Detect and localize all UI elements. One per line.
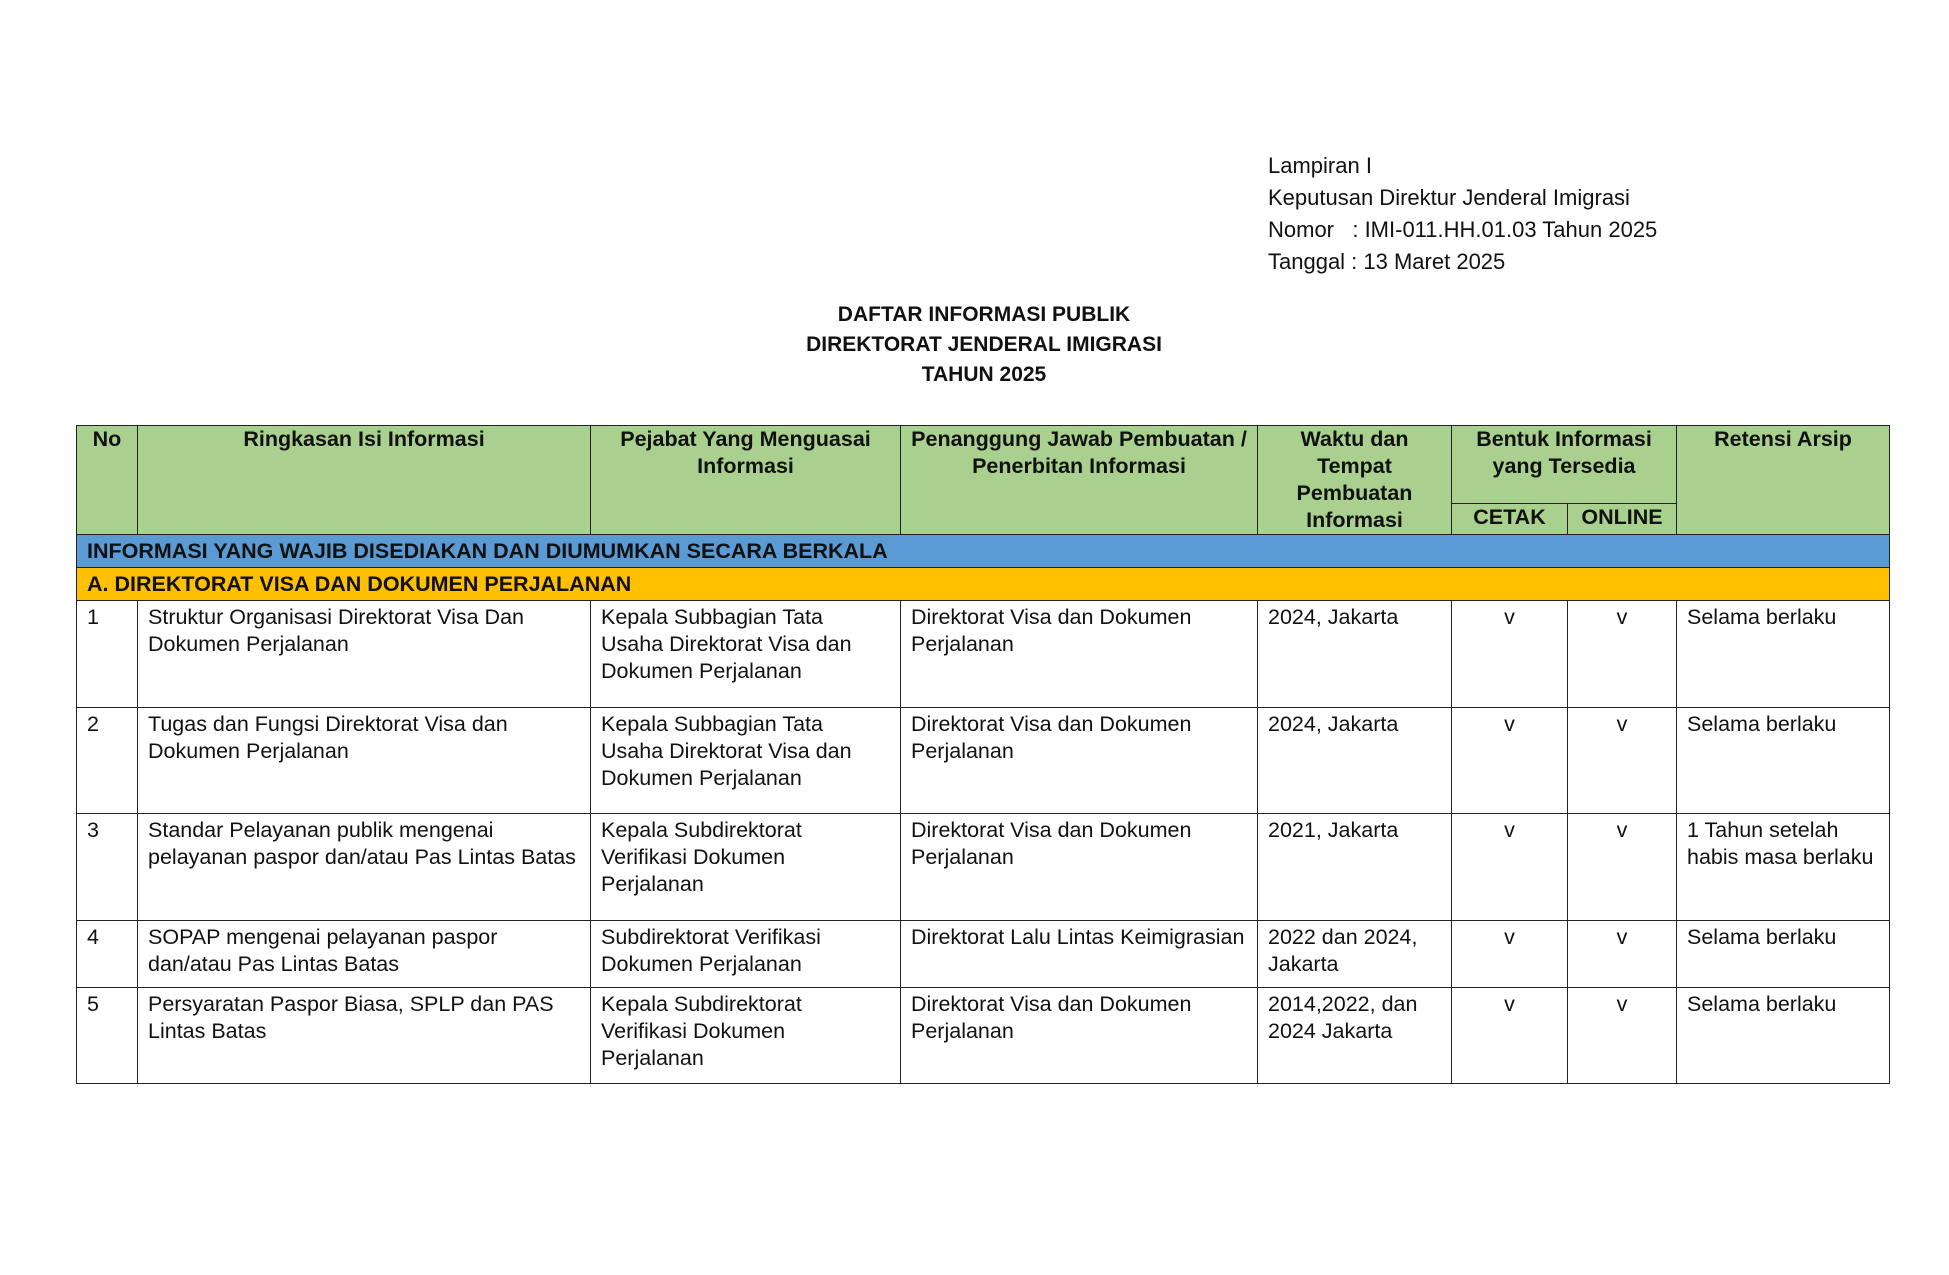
keputusan-label: Keputusan Direktur Jenderal Imigrasi	[1268, 182, 1657, 214]
cell-no: 2	[77, 708, 138, 814]
cell-ringkasan: SOPAP mengenai pelayanan paspor dan/atau…	[138, 921, 591, 988]
section-row-direktorat-visa: A. DIREKTORAT VISA DAN DOKUMEN PERJALANA…	[77, 568, 1890, 601]
section-title-berkala: INFORMASI YANG WAJIB DISEDIAKAN DAN DIUM…	[77, 535, 1890, 568]
information-table: No Ringkasan Isi Informasi Pejabat Yang …	[76, 425, 1890, 1084]
nomor-label: Nomor : IMI-011.HH.01.03 Tahun 2025	[1268, 214, 1657, 246]
table-row: 4SOPAP mengenai pelayanan paspor dan/ata…	[77, 921, 1890, 988]
cell-online: v	[1568, 988, 1677, 1084]
document-title: DAFTAR INFORMASI PUBLIK DIREKTORAT JENDE…	[0, 300, 1949, 390]
section-title-direktorat-visa: A. DIREKTORAT VISA DAN DOKUMEN PERJALANA…	[77, 568, 1890, 601]
header-penanggung: Penanggung Jawab Pembuatan / Penerbitan …	[901, 426, 1258, 535]
cell-retensi: Selama berlaku	[1677, 988, 1890, 1084]
cell-waktu: 2014,2022, dan 2024 Jakarta	[1258, 988, 1452, 1084]
cell-retensi: Selama berlaku	[1677, 921, 1890, 988]
cell-cetak: v	[1452, 601, 1568, 708]
cell-ringkasan: Struktur Organisasi Direktorat Visa Dan …	[138, 601, 591, 708]
cell-penanggung: Direktorat Visa dan Dokumen Perjalanan	[901, 708, 1258, 814]
cell-penanggung: Direktorat Visa dan Dokumen Perjalanan	[901, 988, 1258, 1084]
cell-penanggung: Direktorat Visa dan Dokumen Perjalanan	[901, 601, 1258, 708]
table-row: 5Persyaratan Paspor Biasa, SPLP dan PAS …	[77, 988, 1890, 1084]
cell-waktu: 2022 dan 2024, Jakarta	[1258, 921, 1452, 988]
cell-ringkasan: Persyaratan Paspor Biasa, SPLP dan PAS L…	[138, 988, 591, 1084]
cell-cetak: v	[1452, 708, 1568, 814]
title-line-2: DIREKTORAT JENDERAL IMIGRASI	[0, 330, 1949, 360]
header-ringkasan: Ringkasan Isi Informasi	[138, 426, 591, 535]
cell-online: v	[1568, 708, 1677, 814]
header-online: ONLINE	[1568, 504, 1677, 535]
title-line-3: TAHUN 2025	[0, 360, 1949, 390]
cell-pejabat: Kepala Subdirektorat Verifikasi Dokumen …	[591, 988, 901, 1084]
table-row: 3Standar Pelayanan publik mengenai pelay…	[77, 814, 1890, 921]
header-cetak: CETAK	[1452, 504, 1568, 535]
table-row: 1Struktur Organisasi Direktorat Visa Dan…	[77, 601, 1890, 708]
cell-online: v	[1568, 814, 1677, 921]
cell-waktu: 2024, Jakarta	[1258, 601, 1452, 708]
cell-ringkasan: Standar Pelayanan publik mengenai pelaya…	[138, 814, 591, 921]
cell-no: 3	[77, 814, 138, 921]
cell-online: v	[1568, 601, 1677, 708]
cell-penanggung: Direktorat Visa dan Dokumen Perjalanan	[901, 814, 1258, 921]
section-row-berkala: INFORMASI YANG WAJIB DISEDIAKAN DAN DIUM…	[77, 535, 1890, 568]
header-waktu: Waktu dan Tempat Pembuatan Informasi	[1258, 426, 1452, 535]
cell-no: 5	[77, 988, 138, 1084]
cell-ringkasan: Tugas dan Fungsi Direktorat Visa dan Dok…	[138, 708, 591, 814]
cell-online: v	[1568, 921, 1677, 988]
cell-waktu: 2021, Jakarta	[1258, 814, 1452, 921]
cell-no: 1	[77, 601, 138, 708]
header-bentuk: Bentuk Informasi yang Tersedia	[1452, 426, 1677, 504]
cell-waktu: 2024, Jakarta	[1258, 708, 1452, 814]
cell-retensi: 1 Tahun setelah habis masa berlaku	[1677, 814, 1890, 921]
cell-pejabat: Kepala Subdirektorat Verifikasi Dokumen …	[591, 814, 901, 921]
cell-pejabat: Kepala Subbagian Tata Usaha Direktorat V…	[591, 708, 901, 814]
lampiran-label: Lampiran I	[1268, 150, 1657, 182]
cell-pejabat: Kepala Subbagian Tata Usaha Direktorat V…	[591, 601, 901, 708]
header-no: No	[77, 426, 138, 535]
cell-cetak: v	[1452, 921, 1568, 988]
title-line-1: DAFTAR INFORMASI PUBLIK	[0, 300, 1949, 330]
letterhead: Lampiran I Keputusan Direktur Jenderal I…	[1268, 150, 1657, 278]
header-retensi: Retensi Arsip	[1677, 426, 1890, 535]
cell-penanggung: Direktorat Lalu Lintas Keimigrasian	[901, 921, 1258, 988]
table-row: 2Tugas dan Fungsi Direktorat Visa dan Do…	[77, 708, 1890, 814]
cell-retensi: Selama berlaku	[1677, 601, 1890, 708]
cell-no: 4	[77, 921, 138, 988]
cell-pejabat: Subdirektorat Verifikasi Dokumen Perjala…	[591, 921, 901, 988]
cell-cetak: v	[1452, 988, 1568, 1084]
cell-cetak: v	[1452, 814, 1568, 921]
tanggal-label: Tanggal : 13 Maret 2025	[1268, 246, 1657, 278]
header-pejabat: Pejabat Yang Menguasai Informasi	[591, 426, 901, 535]
cell-retensi: Selama berlaku	[1677, 708, 1890, 814]
